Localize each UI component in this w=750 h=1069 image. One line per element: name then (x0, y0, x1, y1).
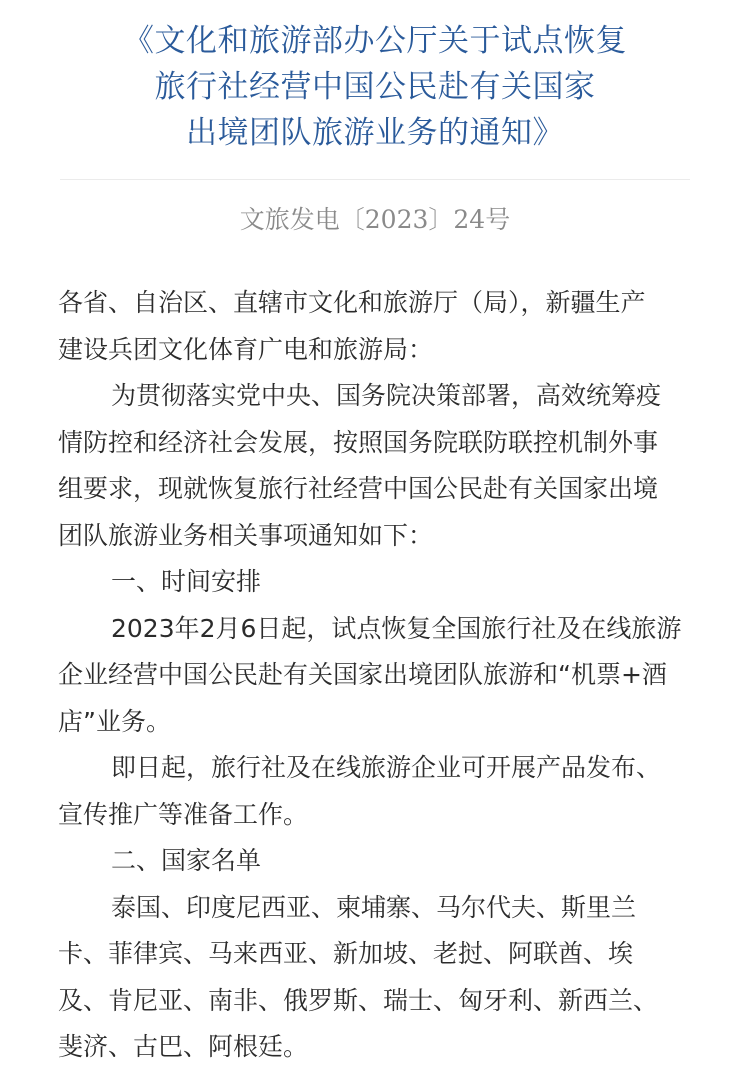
title-line: 《文化和旅游部办公厅关于试点恢复 (0, 18, 750, 64)
body-line-country-list: 斐济、古巴、阿根廷。 (58, 1024, 698, 1069)
body-line-country-list: 及、肯尼亚、南非、俄罗斯、瑞士、匈牙利、新西兰、 (58, 978, 698, 1025)
section-heading-countries: 二、国家名单 (58, 838, 698, 885)
body-line-schedule: 店”业务。 (58, 699, 698, 746)
body-line-intro: 组要求，现就恢复旅行社经营中国公民赴有关国家出境 (58, 466, 698, 513)
body-line-preparation: 宣传推广等准备工作。 (58, 792, 698, 839)
body-line-schedule: 2023年2月6日起，试点恢复全国旅行社及在线旅游 (58, 606, 698, 653)
title-line: 旅行社经营中国公民赴有关国家 (0, 64, 750, 110)
body-line-intro: 团队旅游业务相关事项通知如下： (58, 513, 698, 560)
body-line-schedule: 企业经营中国公民赴有关国家出境团队旅游和“机票+酒 (58, 652, 698, 699)
document-title: 《文化和旅游部办公厅关于试点恢复 旅行社经营中国公民赴有关国家 出境团队旅游业务… (0, 18, 750, 156)
title-line: 出境团队旅游业务的通知》 (0, 110, 750, 156)
body-line-intro: 情防控和经济社会发展，按照国务院联防联控机制外事 (58, 420, 698, 467)
document-body: 各省、自治区、直辖市文化和旅游厅（局），新疆生产 建设兵团文化体育广电和旅游局：… (58, 280, 698, 1069)
section-heading-schedule: 一、时间安排 (58, 559, 698, 606)
body-line-country-list: 卡、菲律宾、马来西亚、新加坡、老挝、阿联酋、埃 (58, 931, 698, 978)
document-page: 《文化和旅游部办公厅关于试点恢复 旅行社经营中国公民赴有关国家 出境团队旅游业务… (0, 0, 750, 1069)
body-line-preparation: 即日起，旅行社及在线旅游企业可开展产品发布、 (58, 745, 698, 792)
body-line-salutation: 建设兵团文化体育广电和旅游局： (58, 327, 698, 374)
body-line-salutation: 各省、自治区、直辖市文化和旅游厅（局），新疆生产 (58, 280, 698, 327)
document-number: 文旅发电〔2023〕24号 (0, 202, 750, 238)
divider (60, 179, 690, 180)
body-line-country-list: 泰国、印度尼西亚、柬埔寨、马尔代夫、斯里兰 (58, 885, 698, 932)
body-line-intro: 为贯彻落实党中央、国务院决策部署，高效统筹疫 (58, 373, 698, 420)
